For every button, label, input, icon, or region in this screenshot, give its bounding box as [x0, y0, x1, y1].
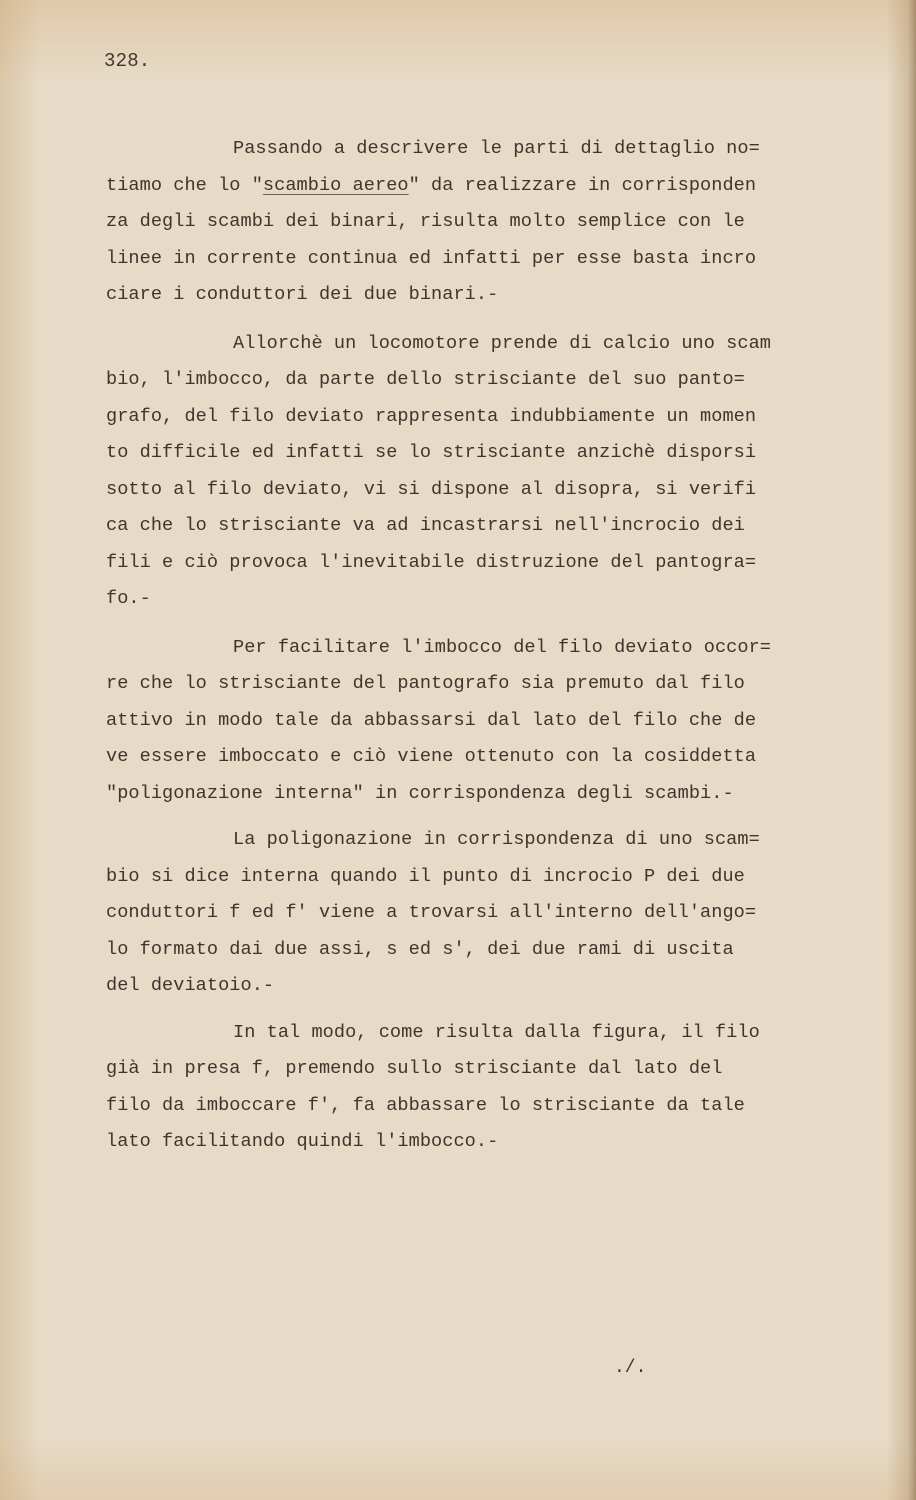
text-line: del deviatoio.-	[106, 968, 866, 1005]
text-line: conduttori f ed f' viene a trovarsi all'…	[106, 895, 866, 932]
text-line: Per facilitare l'imbocco del filo deviat…	[106, 630, 866, 667]
page-number: 328.	[104, 50, 150, 72]
text-line: attivo in modo tale da abbassarsi dal la…	[106, 703, 866, 740]
paragraph-poligonazione-interna: Per facilitare l'imbocco del filo deviat…	[106, 630, 866, 813]
text-line: bio si dice interna quando il punto di i…	[106, 859, 866, 896]
text-line-with-underline: tiamo che lo "scambio aereo" da realizza…	[106, 168, 866, 205]
paragraph-conclusione: In tal modo, come risulta dalla figura, …	[106, 1015, 866, 1161]
underlined-term: scambio aereo	[263, 175, 409, 196]
paragraph-scambio-aereo: Passando a descrivere le parti di dettag…	[106, 131, 866, 314]
text-line: lato facilitando quindi l'imbocco.-	[106, 1124, 866, 1161]
text-line: za degli scambi dei binari, risulta molt…	[106, 204, 866, 241]
paragraph-spacer	[106, 618, 866, 630]
document-page: 328. Passando a descrivere le parti di d…	[0, 0, 916, 1500]
text-line: ve essere imboccato e ciò viene ottenuto…	[106, 739, 866, 776]
continuation-mark: ./.	[614, 1358, 646, 1378]
text-fragment: " da realizzare in corrisponden	[409, 175, 756, 196]
text-line: linee in corrente continua ed infatti pe…	[106, 241, 866, 278]
text-line: grafo, del filo deviato rappresenta indu…	[106, 399, 866, 436]
paragraph-spacer	[106, 1005, 866, 1015]
text-line: sotto al filo deviato, vi si dispone al …	[106, 472, 866, 509]
text-line: "poligonazione interna" in corrispondenz…	[106, 776, 866, 813]
paragraph-definizione: La poligonazione in corrispondenza di un…	[106, 822, 866, 1005]
paragraph-imbocco-difficile: Allorchè un locomotore prende di calcio …	[106, 326, 866, 618]
text-line: Passando a descrivere le parti di dettag…	[106, 131, 866, 168]
text-line: già in presa f, premendo sullo striscian…	[106, 1051, 866, 1088]
text-line: ca che lo strisciante va ad incastrarsi …	[106, 508, 866, 545]
text-line: In tal modo, come risulta dalla figura, …	[106, 1015, 866, 1052]
text-line: bio, l'imbocco, da parte dello striscian…	[106, 362, 866, 399]
paragraph-spacer	[106, 812, 866, 822]
body-text: Passando a descrivere le parti di dettag…	[106, 131, 866, 1161]
text-line: La poligonazione in corrispondenza di un…	[106, 822, 866, 859]
text-line: Allorchè un locomotore prende di calcio …	[106, 326, 866, 363]
paragraph-spacer	[106, 314, 866, 326]
text-line: to difficile ed infatti se lo strisciant…	[106, 435, 866, 472]
text-line: fo.-	[106, 581, 866, 618]
text-fragment: tiamo che lo "	[106, 175, 263, 196]
text-line: re che lo strisciante del pantografo sia…	[106, 666, 866, 703]
text-line: ciare i conduttori dei due binari.-	[106, 277, 866, 314]
text-line: fili e ciò provoca l'inevitabile distruz…	[106, 545, 866, 582]
text-line: lo formato dai due assi, s ed s', dei du…	[106, 932, 866, 969]
text-line: filo da imboccare f', fa abbassare lo st…	[106, 1088, 866, 1125]
